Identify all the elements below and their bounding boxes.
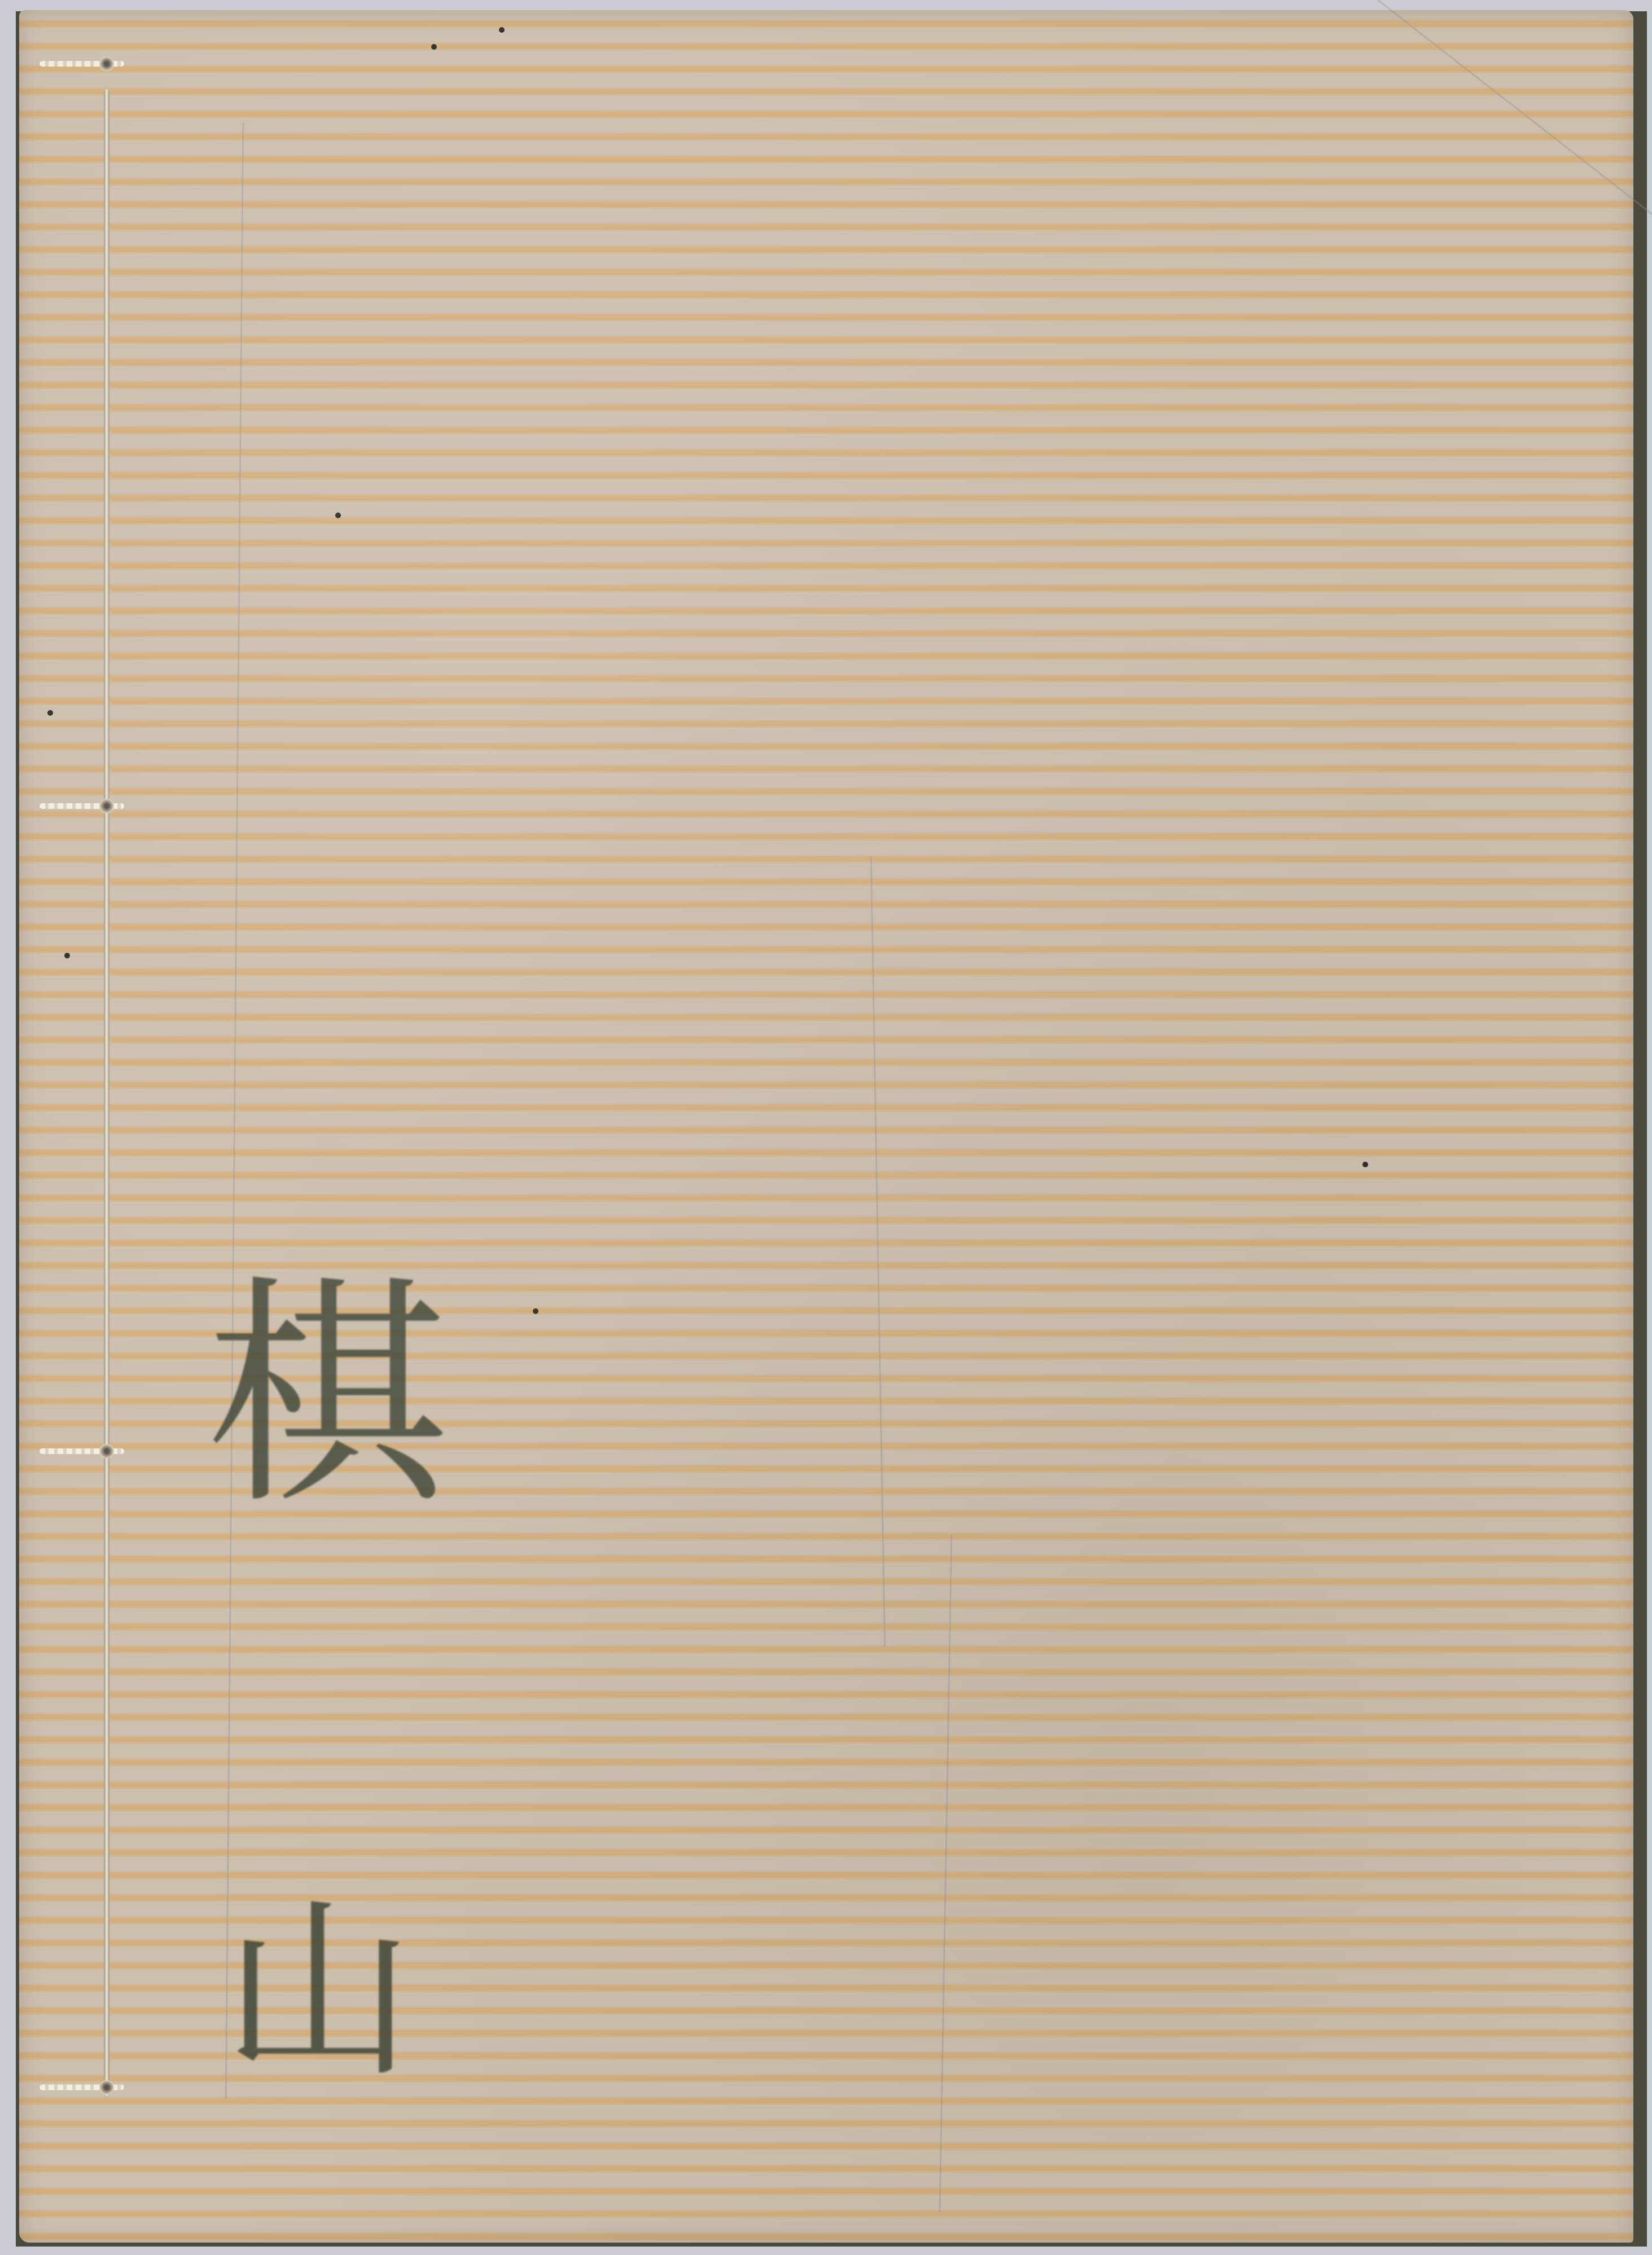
ink-speck: [1362, 1162, 1368, 1167]
title-character-2: 山: [222, 1895, 414, 2087]
ink-speck: [64, 953, 70, 958]
binding-knot-middle-upper: [99, 799, 114, 813]
ink-speck: [533, 1308, 538, 1314]
binding-knot-top: [99, 56, 114, 71]
binding-knot-bottom: [99, 2080, 114, 2095]
ink-speck: [499, 27, 505, 33]
book-cover: 棋 山: [19, 10, 1633, 2243]
ink-speck: [47, 710, 53, 716]
ink-speck: [431, 44, 437, 50]
binding-thread-vertical: [104, 89, 109, 2096]
paper-crease: [939, 1534, 953, 2212]
paper-crease-corner: [1317, 0, 1652, 266]
ink-speck: [335, 513, 341, 518]
binding-knot-middle-lower: [99, 1444, 114, 1459]
title-character-1: 棋: [205, 1275, 448, 1517]
paper-crease: [225, 123, 244, 2099]
paper-crease: [870, 857, 886, 1647]
